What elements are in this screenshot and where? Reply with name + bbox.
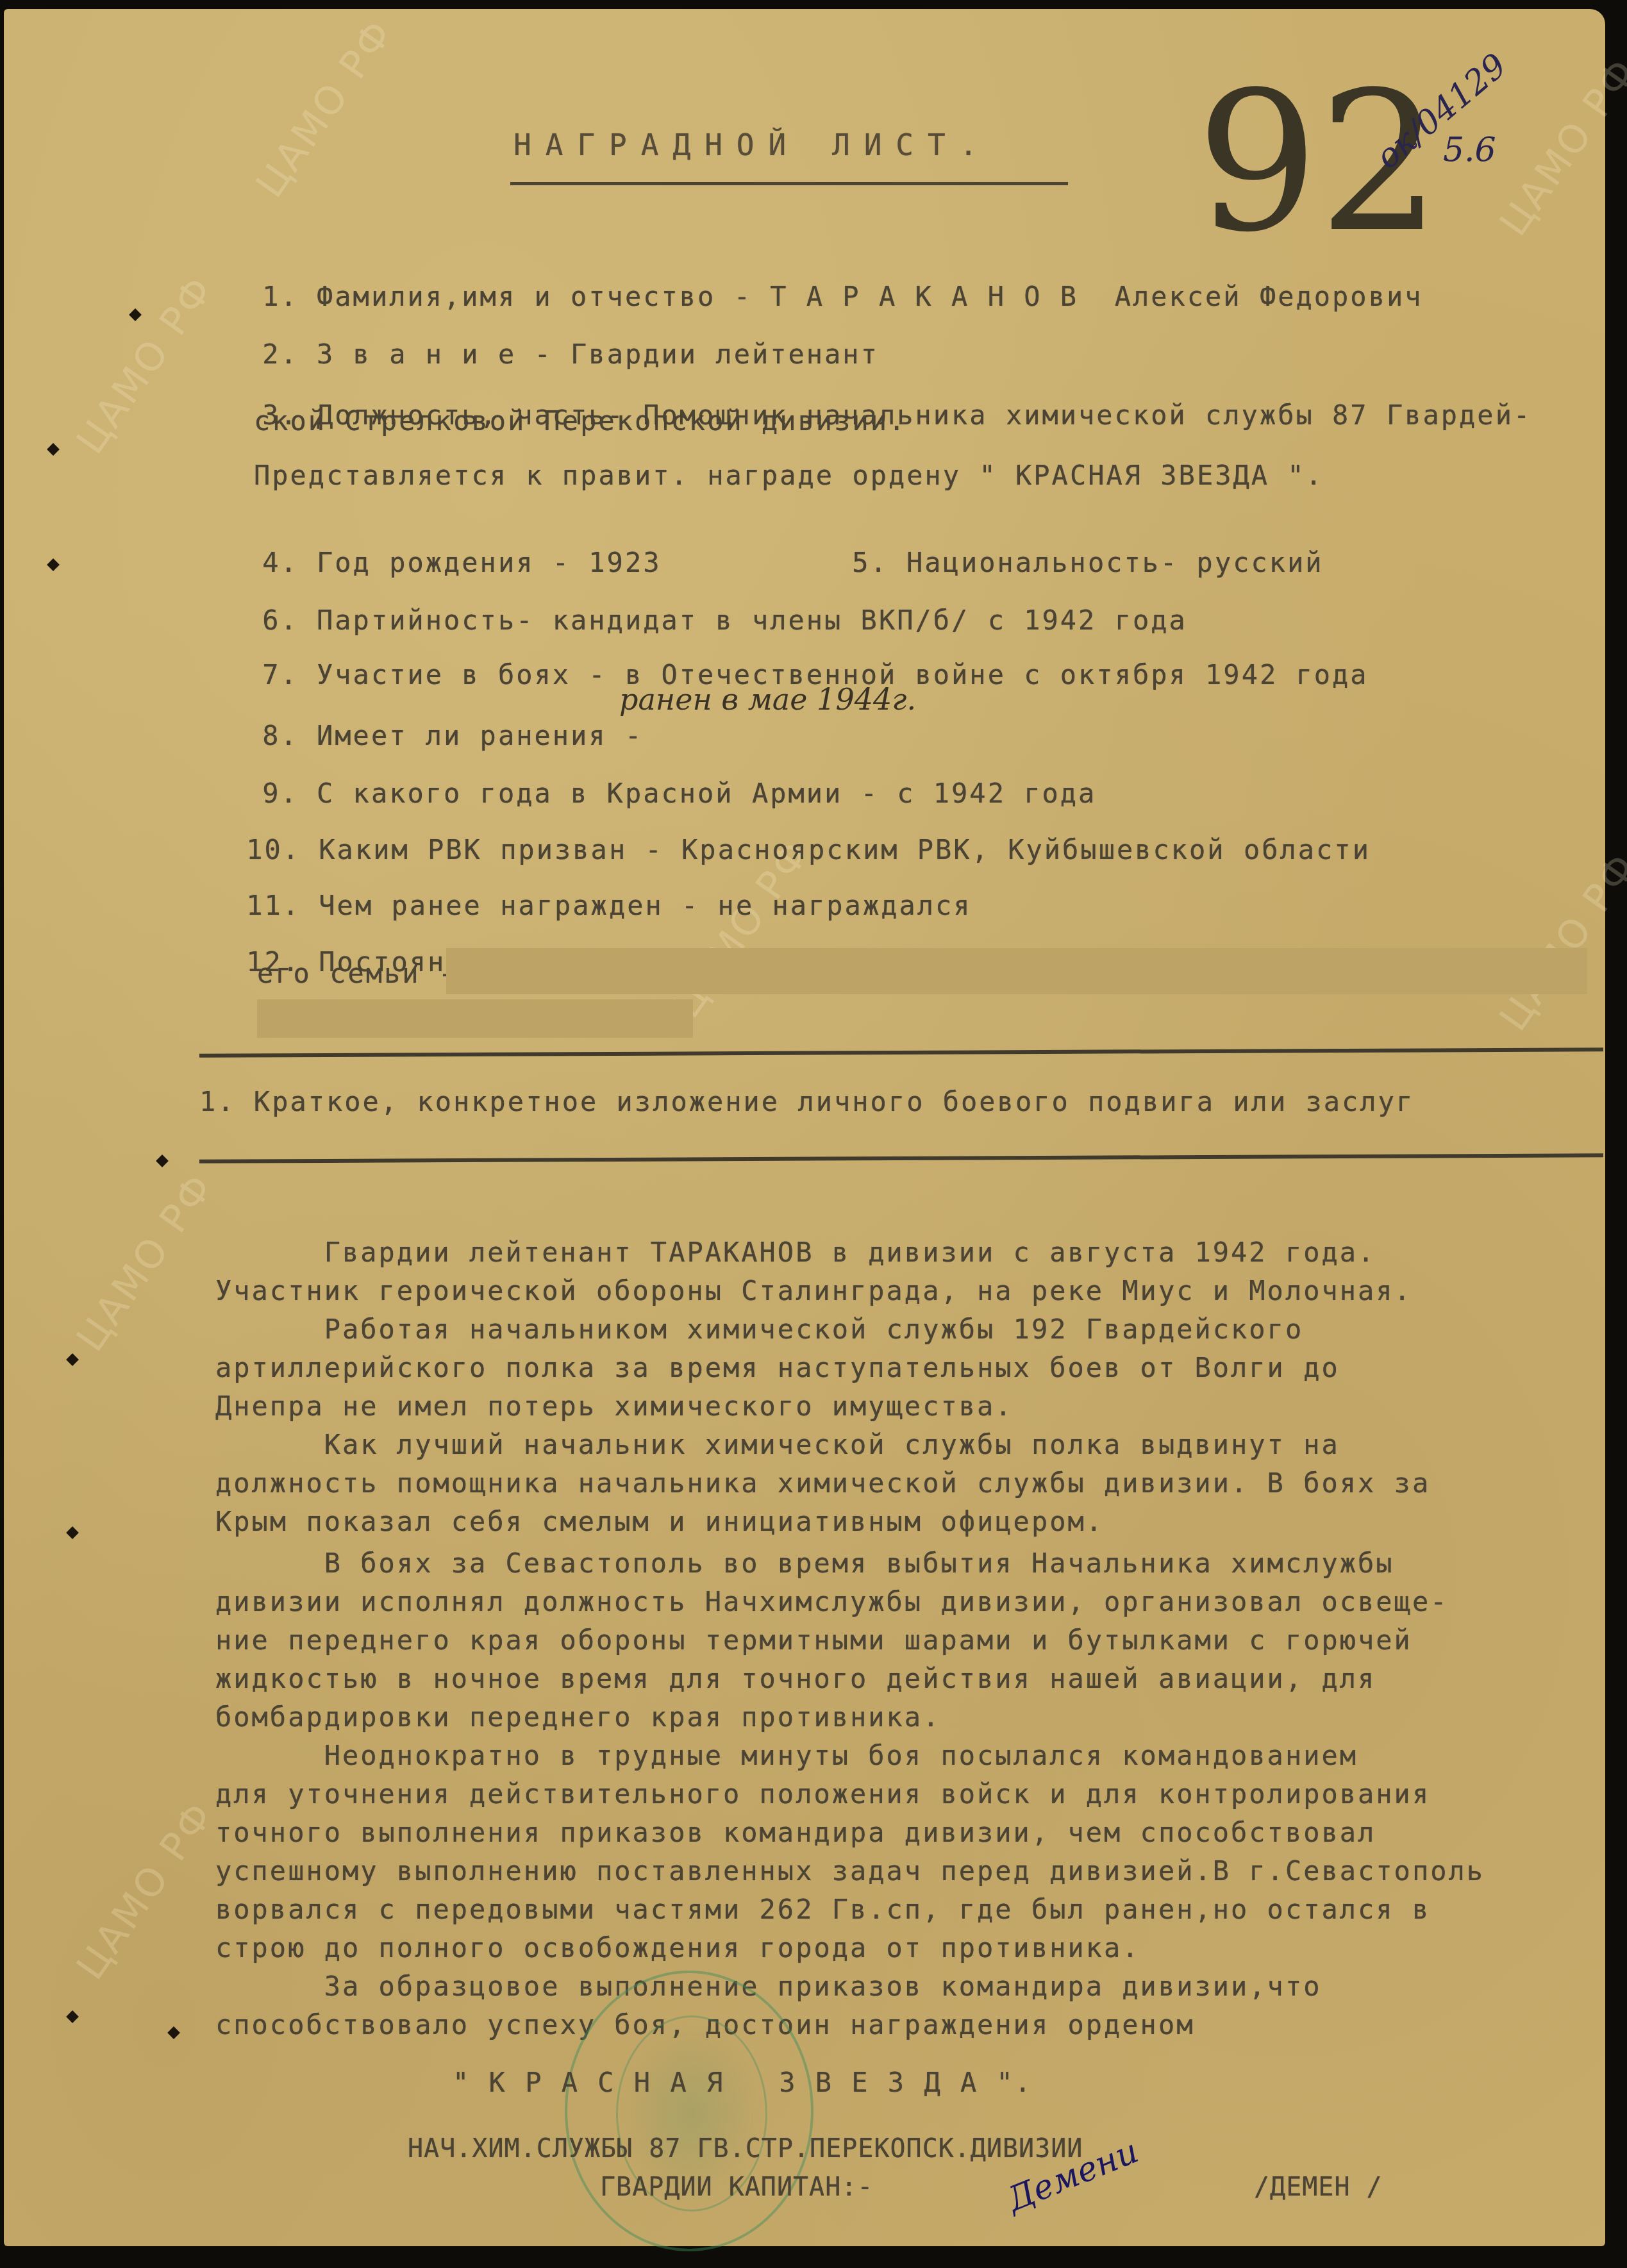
narrative-line: точного выполнения приказов командира ди… — [215, 1817, 1376, 1848]
watermark: ЦАМО РФ — [1491, 844, 1627, 1039]
divider — [199, 1047, 1603, 1058]
narrative-line: должность помощника начальника химическо… — [215, 1467, 1430, 1499]
field-3-line2: ской Стрелковой Перекопской дивизии. — [254, 405, 906, 437]
watermark: ЦАМО РФ — [68, 1165, 223, 1360]
narrative-line: бомбардировки переднего края противника. — [215, 1701, 940, 1733]
narrative-line: дивизии исполнял должность Начхимслужбы … — [215, 1586, 1448, 1617]
signatory-name: /ДЕМЕН / — [1254, 2172, 1383, 2202]
narrative-line: Днепра не имел потерь химического имущес… — [215, 1390, 1014, 1422]
narrative-line: Неоднократно в трудные минуты боя посыла… — [215, 1740, 1358, 1771]
award-sheet: ЦАМО РФ ЦАМО РФ ЦАМО РФ ЦАМО РФ ЦАМО РФ … — [4, 9, 1605, 2246]
binder-hole-icon — [47, 558, 60, 571]
binder-hole-icon — [66, 2010, 79, 2023]
narrative-line: За образцовое выполнение приказов команд… — [215, 1971, 1321, 2002]
award-name: " К Р А С Н А Я З В Е З Д А ". — [453, 2067, 1033, 2098]
field-number: 2. — [262, 338, 299, 370]
section-heading: 1. Краткое, конкретное изложение личного… — [199, 1086, 1414, 1117]
binder-hole-icon — [47, 443, 60, 456]
page-title: НАГРАДНОЙ ЛИСТ. — [513, 128, 991, 162]
signatory-position: НАЧ.ХИМ.СЛУЖБЫ 87 ГВ.СТР.ПЕРЕКОПСК.ДИВИЗ… — [408, 2134, 1083, 2164]
binder-hole-icon — [129, 308, 142, 321]
archive-code-bottom: 5.6 — [1443, 131, 1496, 169]
redacted-address — [257, 999, 693, 1038]
narrative-line: Работая начальником химической службы 19… — [215, 1313, 1303, 1345]
field-label: Участие в боях — [317, 659, 571, 690]
binder-hole-icon — [66, 1526, 79, 1539]
watermark: ЦАМО РФ — [247, 11, 403, 206]
narrative-line: В боях за Севастополь во время выбытия Н… — [215, 1547, 1394, 1579]
narrative-line: строю до полного освобождения города от … — [215, 1932, 1140, 1964]
watermark: ЦАМО РФ — [68, 1793, 223, 1988]
binder-hole-icon — [167, 2026, 180, 2039]
field-number: 7. — [262, 659, 299, 690]
narrative-line: жидкостью в ночное время для точного дей… — [215, 1663, 1376, 1694]
narrative-line: ние переднего края обороны термитными ша… — [215, 1624, 1412, 1656]
watermark: ЦАМО РФ — [1491, 49, 1627, 244]
narrative-line: артиллерийского полка за время наступате… — [215, 1352, 1340, 1383]
title-underline — [510, 182, 1068, 185]
narrative-line: для уточнения действительного положения … — [215, 1778, 1430, 1810]
binder-hole-icon — [156, 1155, 169, 1167]
field-value-rank: - Гвардии лейтенант — [534, 338, 878, 370]
field-12-line2: его семьи - — [257, 958, 456, 989]
narrative-line: Участник героической обороны Сталинграда… — [215, 1275, 1412, 1306]
signatory-rank: ГВАРДИИ КАПИТАН:- — [600, 2172, 873, 2202]
narrative-line: Крым показал себя смелым и инициативным … — [215, 1506, 1104, 1537]
narrative-line: Как лучший начальник химической службы п… — [215, 1429, 1340, 1460]
narrative-line: успешному выполнению поставленных задач … — [215, 1855, 1485, 1887]
field-label: З в а н и е — [317, 338, 516, 370]
binder-hole-icon — [66, 1353, 79, 1366]
divider — [199, 1153, 1603, 1163]
redacted-address — [446, 948, 1587, 994]
award-proposal: Представляется к правит. награде ордену … — [254, 460, 1324, 491]
narrative-line: ворвался с передовыми частями 262 Гв.сп,… — [215, 1894, 1430, 1925]
narrative-line: Гвардии лейтенант ТАРАКАНОВ в дивизии с … — [215, 1237, 1376, 1268]
field-value-wounds-handwritten: ранен в мае 1944г. — [619, 682, 916, 717]
